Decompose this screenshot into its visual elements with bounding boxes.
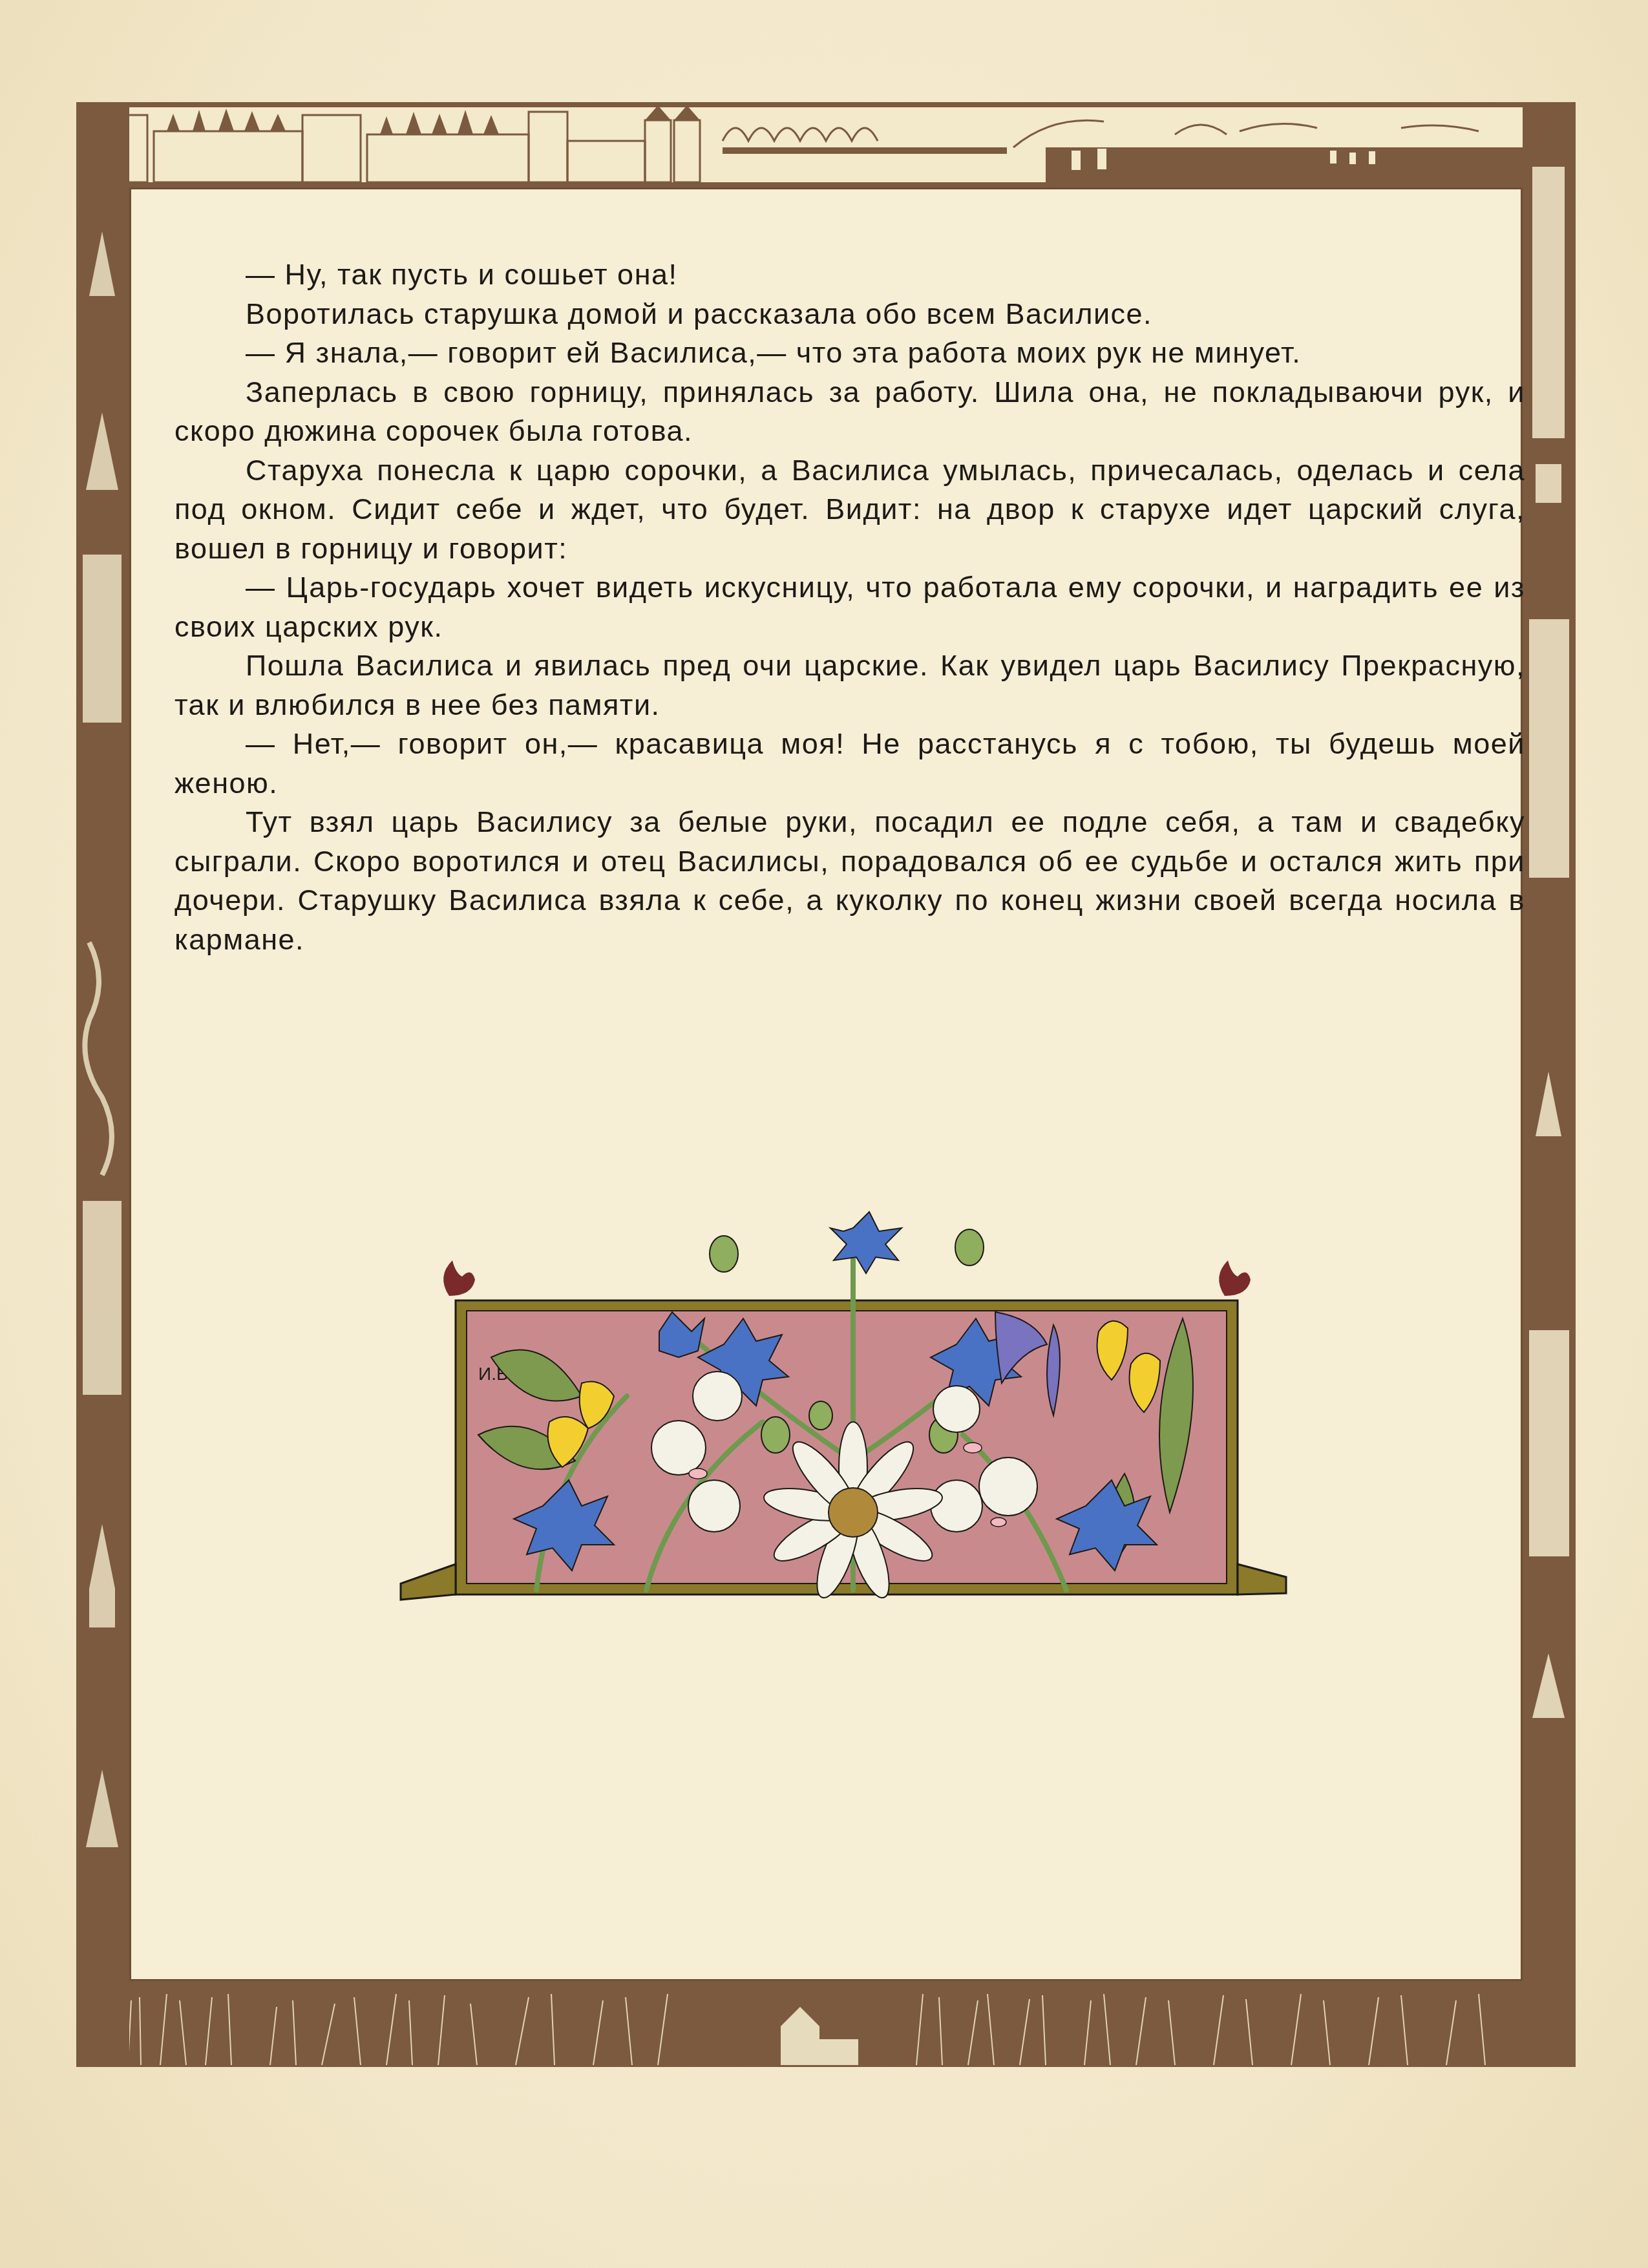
finial-left-icon [443, 1260, 475, 1296]
paragraph: — Я знала,— говорит ей Василиса,— что эт… [174, 334, 1525, 373]
paragraph: Заперлась в свою горницу, принялась за р… [174, 373, 1525, 451]
paragraph: — Царь-государь хочет видеть искусницу, … [174, 568, 1525, 646]
border-top-kremlin-scene [76, 102, 1576, 187]
paragraph: — Нет,— говорит он,— красавица моя! Не р… [174, 725, 1525, 803]
paragraph: Тут взял царь Василису за белые руки, по… [174, 803, 1525, 959]
floral-vignette: И.Б. [388, 1202, 1293, 1629]
paragraph: Пошла Василиса и явилась пред очи царски… [174, 646, 1525, 725]
finial-right-icon [1219, 1260, 1251, 1296]
border-left-forest-scene [76, 102, 129, 2067]
paragraph: Воротилась старушка домой и рассказала о… [174, 295, 1525, 334]
border-bottom-grass-scene [76, 1981, 1576, 2067]
paragraph: Старуха понесла к царю сорочки, а Васили… [174, 451, 1525, 569]
paragraph: — Ну, так пусть и сошьет она! [174, 255, 1525, 295]
story-text: — Ну, так пусть и сошьет она! Воротилась… [174, 255, 1525, 959]
border-right-river-scene [1523, 102, 1576, 2067]
